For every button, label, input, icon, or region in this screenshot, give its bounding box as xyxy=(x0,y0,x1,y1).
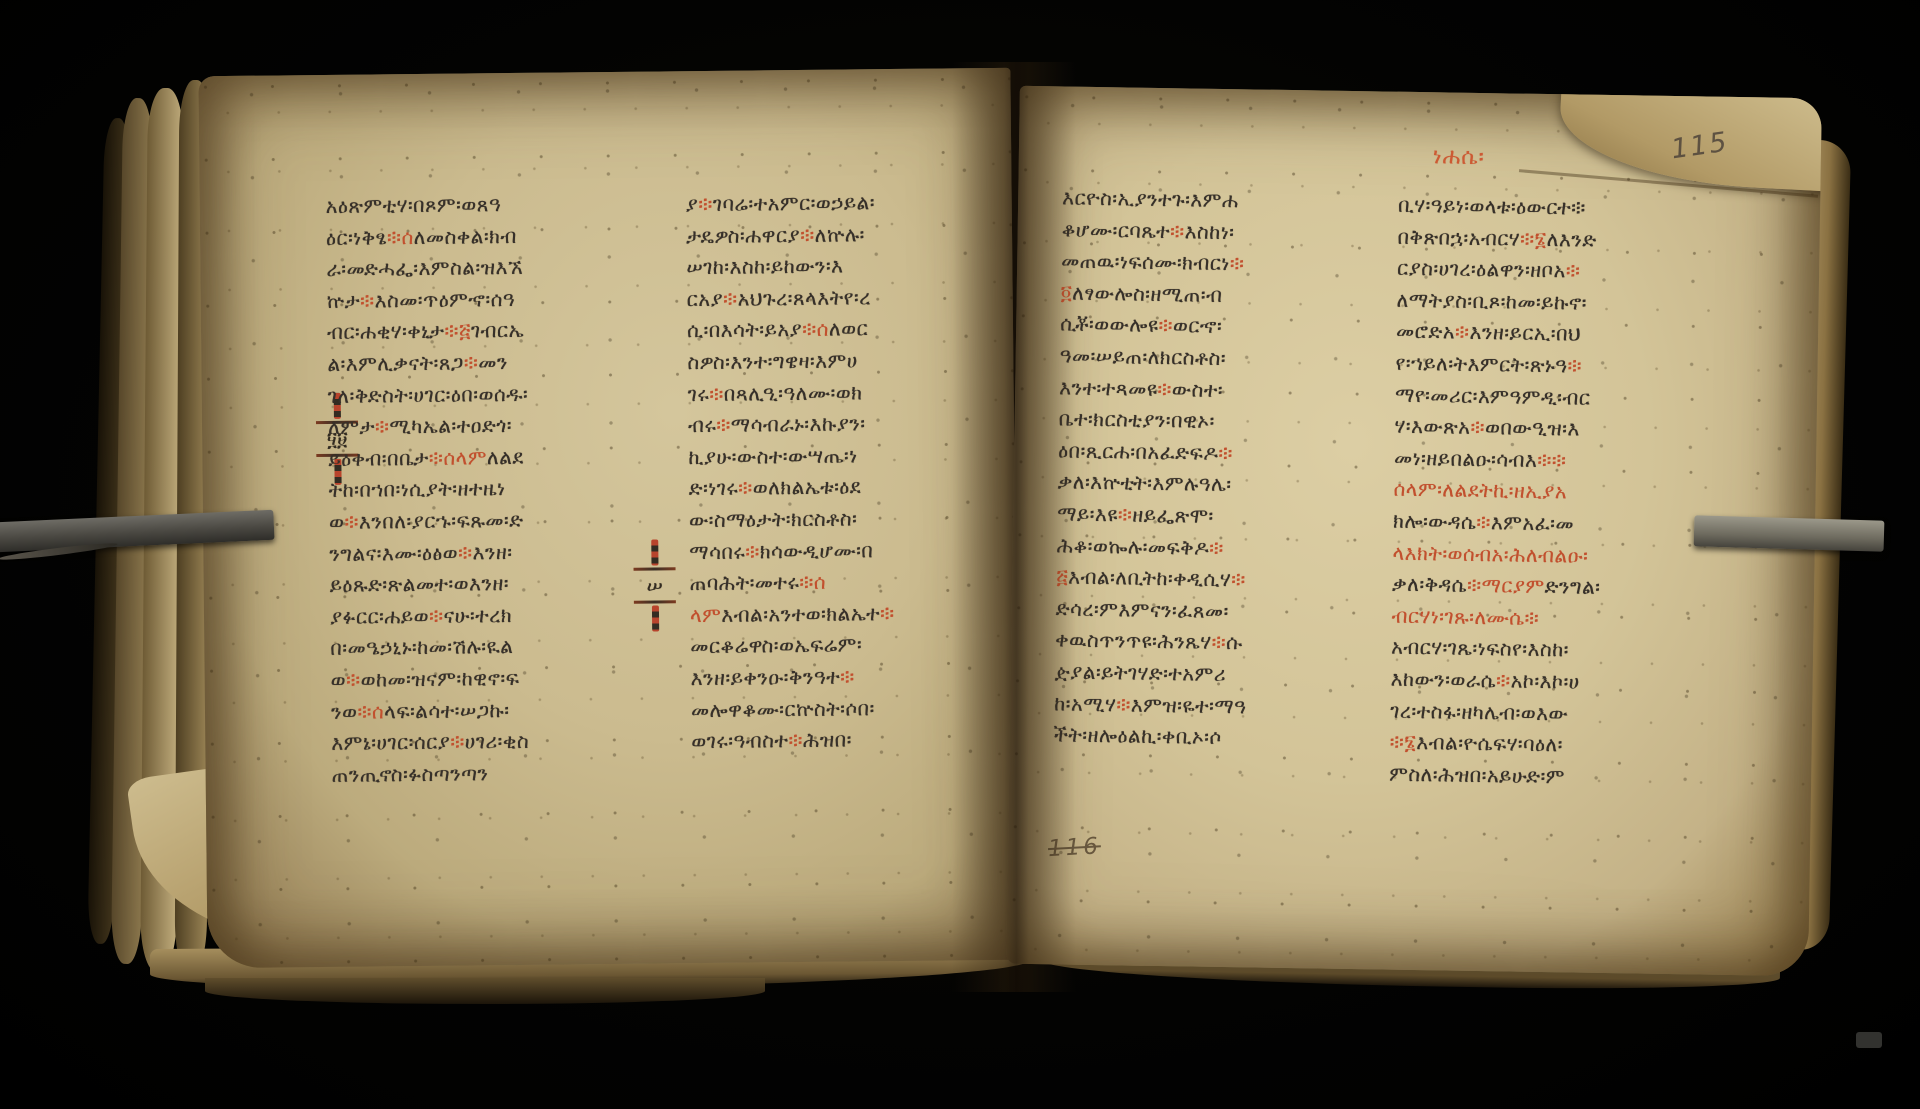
rubric-text: ፨ሰ xyxy=(802,317,829,341)
ink-text: ሃ፡እውጽአ xyxy=(1394,414,1470,439)
ink-text: ገብርኤ xyxy=(471,318,524,343)
rubric-text: ፨ xyxy=(375,414,390,438)
ink-text: ል፡እምሊቃናት፡ጸጋ xyxy=(327,350,464,375)
rubric-text: ላእክት፡ወሰብአ፡ሕለብልዑ፡ xyxy=(1392,540,1588,567)
ink-text: ገባሬ፡ተአምር፡ወኃይል፡ xyxy=(713,190,875,216)
ink-text: አዕጽምቲሃ፡በጾም፡ወጸዓ xyxy=(326,192,502,218)
ink-text: ማሳበሩ xyxy=(689,539,745,564)
text-column-right-2: ቢሃ፡ዓይነ፡ወላቱ፡ዕውርተ፨በቅጽበኋ፡አብርሃ፨፮ለእንድርያስ፡ሀገረ፡… xyxy=(1389,190,1607,793)
rubric-text: ፨ xyxy=(1230,251,1245,275)
rubric-text: ፨ xyxy=(1231,567,1246,591)
ink-text: ርያስ፡ሀገረ፡ዕልዋን፡ዘቦአ xyxy=(1397,256,1566,283)
text-line: ድ፡ነገሩ፨ወለክልኤቱ፡ዕደ xyxy=(689,471,894,505)
text-line: መነ፡ዘይበልዑ፡ሳብእ፨፨ xyxy=(1394,442,1603,477)
text-line: ወ፨ወከመ፡ዝናም፡ከዊኖ፡ፍ xyxy=(331,663,532,697)
text-line: ጠንጢኖስ፡ፉስጣንጣን xyxy=(332,758,533,792)
ink-text: ላፍ፡ልሳተ፡ሠጋኩ፡ xyxy=(384,698,510,723)
text-line: ንግልና፡እሙ፡ዕፅወ፨እንዘ፡ xyxy=(329,536,530,570)
text-line: አብርሃ፡ገጼ፡ነፍስየ፡እስከ፡ xyxy=(1391,632,1600,667)
rubric-text: ፨ xyxy=(788,728,803,752)
text-line: ለማትያስ፡ቢጾ፡ከመ፡ይኩኖ፡ xyxy=(1396,284,1605,319)
text-line: ፨፮እብል፡ዮሴፍሃ፡ባዕለ፡ xyxy=(1389,727,1598,762)
ink-text: ድ፡ነገሩ xyxy=(689,476,739,501)
ink-text: ወበውዒዝ፡እ xyxy=(1485,415,1580,440)
ink-text: ለወር xyxy=(829,317,868,341)
text-line: መጠዉ፡ነፍሰሙ፡ክብርነ፨ xyxy=(1061,246,1254,281)
text-line: ማሳበሩ፨ክሳውዲሆሙ፡በ xyxy=(689,535,894,569)
ink-text: እስከነ፡ xyxy=(1184,219,1234,244)
rubric-text: ፨ xyxy=(709,381,724,405)
ink-text: ጠንጢኖስ፡ፉስጣንጣን xyxy=(332,761,489,787)
ink-text: ወ xyxy=(331,668,347,692)
rubric-text: ፨ xyxy=(1218,441,1233,465)
rubric-text: ፨ xyxy=(344,510,359,534)
text-line: ክሎ፡ውዳሴ፨እምአፈ፡መ xyxy=(1393,506,1602,541)
ink-text: መነ፡ዘይበልዑ፡ሳብእ xyxy=(1394,445,1538,471)
rubric-text: ብርሃነ፡ገጹ፡ለሙሴ፨ xyxy=(1391,603,1539,629)
ornament-bar xyxy=(634,600,676,603)
ink-text: እብል፡አንተወ፡ክልኤተ xyxy=(721,601,880,627)
ink-text: እንዘ፡ xyxy=(472,540,512,564)
rubric-text: ፨፮ xyxy=(1520,226,1547,250)
text-line: ለምታ፨ሚካኤል፡ተዐድጎ፡ xyxy=(328,410,529,444)
text-line: ዕበ፡ጺርሐ፡በአፈድፍዶ፨ xyxy=(1058,435,1251,470)
text-line: ኵታ፨እስመ፡ጥዕምኆ፡ሰዓ xyxy=(327,284,528,318)
ink-text: አኮ፡እኮ፡ሀ xyxy=(1510,668,1579,693)
rubric-text: ፨፭ xyxy=(444,319,471,343)
ink-text: ማየ፡መሪር፡እምዓምዲ፡ብር xyxy=(1395,382,1591,409)
folio-annotation: 116 xyxy=(1047,833,1101,862)
rubric-text: ፨ xyxy=(800,222,815,246)
ink-text: ገረ፡ተስፋ፡ዘካሌብ፡ወእው xyxy=(1390,698,1568,725)
ink-text: እከውን፡ወራሴ xyxy=(1390,667,1496,693)
ink-text: ገሩ xyxy=(688,382,710,406)
rubric-text: ፨ xyxy=(464,350,479,374)
ink-text: በ፡መዔኃኒኑ፡ከመ፡ሽሉ፡ዪል xyxy=(330,634,513,660)
left-page: ፶፱ ሠ አዕጽምቲሃ፡በጾም፡ወጸዓዕር፡ነቅፄ፨ሰለመስቀል፡ክብራ፡መድሓ… xyxy=(198,68,1019,968)
rubric-text: ፨ xyxy=(1476,510,1491,534)
rubric-text: ፬ xyxy=(1061,280,1073,304)
ink-text: ውስተ፡ xyxy=(1172,377,1224,402)
ink-text: ጠባሕት፡መተሩ xyxy=(690,570,800,595)
ink-text: ዕር፡ነቅፄ xyxy=(326,225,387,250)
ink-text: እንተ፡ተጻመዩ xyxy=(1059,375,1158,401)
text-line: ጠባሕት፡መተሩ፨ሰ xyxy=(690,566,895,600)
ink-text: ቀዉስጥንጥዩ፡ሕንጼሃ xyxy=(1055,628,1212,654)
ornament-dashes xyxy=(651,605,658,631)
rubric-text: ፨ xyxy=(716,413,731,437)
ink-text: ሕቆ፡ወኰሉ፡መፍቅዶ xyxy=(1057,533,1210,559)
ink-text: ወከመ፡ዝናም፡ከዊኖ፡ፍ xyxy=(360,666,519,692)
ink-text: ድሳረ፡ምእምናን፡ፈጸመ፡ xyxy=(1056,596,1229,623)
text-line: ርአያ፨አህጉረ፡ጸላእትየ፡ረ xyxy=(687,282,892,316)
ink-text: ታዴዎስ፡ሐዋርያ xyxy=(686,223,800,248)
text-line: እንዘ፡ይቀንዑ፡ቅንዓተ፨ xyxy=(691,661,896,695)
ink-text: ቢሃ፡ዓይነ፡ወላቱ፡ዕውርተ፨ xyxy=(1398,193,1586,220)
ink-text: ይዕጹድ፡ጽልመተ፡ወእንዘ፡ xyxy=(330,571,510,597)
ink-text: መን xyxy=(478,350,508,374)
ink-text: ሚካኤል፡ተዐድጎ፡ xyxy=(389,413,512,438)
ink-text: ንግልና፡እሙ፡ዕፅወ xyxy=(329,540,458,565)
text-line: ላእክት፡ወሰብአ፡ሕለብልዑ፡ xyxy=(1392,537,1601,572)
rubric-text: ፨ xyxy=(745,539,760,563)
text-line: እከውን፡ወራሴ፨አኮ፡እኮ፡ሀ xyxy=(1390,664,1599,699)
rubric-text: ፨ xyxy=(723,286,738,310)
ink-text: ቤተ፡ክርስቲያን፡በዊኦ፡ xyxy=(1059,407,1215,433)
ink-text: ንወ xyxy=(331,699,358,723)
text-line: ማይ፡እዩ፨ዘይፌጽሞ፡ xyxy=(1057,498,1250,533)
rubric-text: ፨ xyxy=(1209,535,1224,559)
ink-text: እብል፡ዮሴፍሃ፡ባዕለ፡ xyxy=(1416,730,1563,756)
text-line: ቆሆሙ፡ርባጼተ፨እስከነ፡ xyxy=(1061,214,1254,249)
text-line: እንተ፡ተጻመዩ፨ውስተ፡ xyxy=(1059,372,1252,407)
text-line: ርያስ፡ሀገረ፡ዕልዋን፡ዘቦአ፨ xyxy=(1397,253,1606,288)
text-line: ሲ፡በእሳት፡ይአያ፨ሰለወር xyxy=(687,313,892,347)
text-line: ችት፡ዘሎዕልኪ፡ቀቢኦ፡ሶ xyxy=(1053,719,1246,754)
ink-text: ትከ፡በኀበ፡ነሲያት፡ዘተዜነ xyxy=(329,476,506,502)
ink-text: መጠዉ፡ነፍሰሙ፡ክብርነ xyxy=(1061,249,1230,276)
rubric-text: ፨ሰ xyxy=(799,570,826,594)
ink-text: ው፡ስማዕታት፡ክርስቶስ፡ xyxy=(689,506,857,532)
text-line: አዕጽምቲሃ፡በጾም፡ወጸዓ xyxy=(326,189,527,223)
ink-text: ወለክልኤቱ፡ዕደ xyxy=(753,475,862,500)
ink-text: አብርሃ፡ገጼ፡ነፍስየ፡እስከ፡ xyxy=(1391,635,1569,662)
ink-text: ለምታ xyxy=(328,415,375,439)
intercolumn-mark: ሠ xyxy=(632,572,678,598)
rubric-text: ፨ xyxy=(1118,502,1133,526)
text-line: ትከ፡በኀበ፡ነሲያት፡ዘተዜነ xyxy=(329,473,530,507)
text-line: ወ፨እንበለ፡ያርኁ፡ፍጹመ፡ድ xyxy=(329,505,530,539)
text-line: ሕቆ፡ወኰሉ፡መፍቅዶ፨ xyxy=(1056,530,1249,565)
text-line: ብሩ፨ማሳብራኑ፡እኩያን፡ xyxy=(688,408,893,442)
text-line: መሎዋቆሙ፡ርኵስት፡ሶበ፡ xyxy=(691,693,896,727)
text-line: ቤተ፡ክርስቲያን፡በዊኦ፡ xyxy=(1058,404,1251,439)
ink-text: ክሎ፡ውዳሴ xyxy=(1393,509,1477,534)
text-line: ሲቾ፡ወውሎዩ፨ወርኆ፡ xyxy=(1060,309,1253,344)
ink-text: እምኔ፡ሀገር፡ሰርያ xyxy=(331,730,450,755)
parchment-speckles xyxy=(198,68,1019,968)
ink-text: የ፡ኀይለ፡ትእምርት፡ጽኑዓ xyxy=(1395,351,1567,378)
ink-text: እርዮስ፡ኢያንተጉ፡እምሐ xyxy=(1062,185,1239,212)
text-line: ከ፡አሚሃ፨እምዝ፡ዬተ፡ማዓ xyxy=(1054,688,1247,723)
rubric-text: ፨ xyxy=(346,668,361,692)
rubric-text: ፨፮ xyxy=(1389,730,1416,754)
text-column-left-2: ያ፨ገባሬ፡ተአምር፡ወኃይል፡ታዴዎስ፡ሐዋርያ፨ለኵሉ፡ሠገከ፡እስከ፡ይከ… xyxy=(686,187,896,758)
text-line: የ፡ኀይለ፡ትእምርት፡ጽኑዓ፨ xyxy=(1395,348,1604,383)
ink-text: ክሳውዲሆሙ፡በ xyxy=(760,538,874,563)
ink-text: ምስለ፡ሕዝበ፡አይሁድ፡ም xyxy=(1389,761,1565,788)
ink-text: ለኵሉ፡ xyxy=(815,222,865,247)
ink-text: ድንግል፡ xyxy=(1544,574,1600,599)
rubric-text: ፨ xyxy=(1170,219,1185,243)
text-line: ወገሩ፡ዓብስተ፨ሕዝበ፡ xyxy=(691,724,896,758)
rubric-text: ፨ xyxy=(450,730,465,754)
ink-text: ይዕቀብ፡በቤታ xyxy=(328,446,429,471)
ink-text: ሲ፡በእሳት፡ይአያ xyxy=(687,317,802,342)
bottom-left-underleaf-shadow xyxy=(205,978,765,1004)
text-line: ሠገከ፡እስከ፡ይከውን፡እ xyxy=(686,250,891,284)
rubric-text: ፨ xyxy=(1158,313,1173,337)
rubric-text: ፨ xyxy=(1455,320,1470,344)
ink-text: ሠገከ፡እስከ፡ይከውን፡እ xyxy=(686,254,843,280)
ink-text: ለመስቀል፡ክብ xyxy=(414,224,517,249)
text-line: ገረ፡ተስፋ፡ዘካሌብ፡ወእው xyxy=(1390,695,1599,730)
rubric-text: ፨ xyxy=(1496,668,1511,692)
text-line: ል፡እምሊቃናት፡ጸጋ፨መን xyxy=(327,347,528,381)
ink-text: ርአያ xyxy=(687,287,724,311)
text-line: እምኔ፡ሀገር፡ሰርያ፨ሀገሪ፡ቂስ xyxy=(331,726,532,760)
text-line: በ፡መዔኃኒኑ፡ከመ፡ሽሉ፡ዪል xyxy=(330,631,531,665)
ink-text: ሀገሪ፡ቂስ xyxy=(465,729,530,754)
text-line: ዽያል፡ይትገሃድ፡ተአምሪ xyxy=(1054,656,1247,691)
rubric-text: ፨ xyxy=(738,476,753,500)
ink-text: ቃለ፡ቅዳሴ xyxy=(1392,572,1467,597)
text-line: ገሩ፨በጻሊዒ፡ዓለሙ፡ወክ xyxy=(688,377,893,411)
header-rubric: ነሐሴ፡ xyxy=(1433,144,1485,170)
ink-text: ስዎስ፡እንተ፡ግዌዛ፡እምሀ xyxy=(687,348,858,374)
text-line: ፭እብል፡ለቢትከ፡ቀዲሲሃ፨ xyxy=(1056,562,1249,597)
ink-text: እንበለ፡ያርኁ፡ፍጹመ፡ድ xyxy=(359,508,524,534)
text-line: ታዴዎስ፡ሐዋርያ፨ለኵሉ፡ xyxy=(686,219,891,253)
text-line: ራ፡መድሓፌ፡እምስል፡ዝእኧ xyxy=(326,252,527,286)
rubric-text: ፨ xyxy=(880,601,895,625)
rubric-text: ፨ xyxy=(1157,377,1172,401)
ink-text: ወርኆ፡ xyxy=(1173,314,1223,339)
ink-text: ማይ፡እዩ xyxy=(1057,501,1118,526)
ink-text: ሱ xyxy=(1226,630,1243,654)
ink-text: እንዘ፡ይርኢ፡በህ xyxy=(1469,320,1581,346)
text-line: ቢሃ፡ዓይነ፡ወላቱ፡ዕውርተ፨ xyxy=(1398,190,1607,225)
ink-text: ዕበ፡ጺርሐ፡በአፈድፍዶ xyxy=(1058,438,1219,465)
text-line: ኪያሁ፡ውስተ፡ውሣጤ፡ነ xyxy=(688,440,893,474)
text-line: ምስለ፡ሕዝበ፡አይሁድ፡ም xyxy=(1389,758,1598,793)
text-line: ዓመ፡ሠይጠ፡ለክርስቶስ፡ xyxy=(1059,340,1252,375)
ink-text: ቆሆሙ፡ርባጼተ xyxy=(1062,217,1171,243)
text-line: ንወ፨ሰላፍ፡ልሳተ፡ሠጋኩ፡ xyxy=(331,694,532,728)
rubric-text: ሰላም፡ለልደትኪ፡ዘኢያአ xyxy=(1393,477,1567,504)
ink-text: ወ xyxy=(329,510,345,534)
text-line: ቀዉስጥንጥዩ፡ሕንጼሃ፨ሱ xyxy=(1055,625,1248,660)
text-line: ሰላም፡ለልደትኪ፡ዘኢያአ xyxy=(1393,474,1602,509)
text-line: ቃለ፡ቅዳሴ፨ማርያምድንግል፡ xyxy=(1392,569,1601,604)
rubric-text: ፨ሰ xyxy=(387,225,414,249)
ink-text: ወገሩ፡ዓብስተ xyxy=(691,728,788,753)
text-line: ላምእብል፡አንተወ፡ክልኤተ፨ xyxy=(690,598,895,632)
text-line: ስዎስ፡እንተ፡ግዌዛ፡እምሀ xyxy=(687,345,892,379)
rubric-text: ፨ xyxy=(698,192,713,216)
text-line: በቅጽበኋ፡አብርሃ፨፮ለእንድ xyxy=(1397,221,1606,256)
ink-text: ኵታ xyxy=(327,288,361,312)
ink-text: ከ፡አሚሃ xyxy=(1054,691,1116,716)
ink-text: ዘይፌጽሞ፡ xyxy=(1132,503,1214,528)
text-line: እርዮስ፡ኢያንተጉ፡እምሐ xyxy=(1062,182,1255,217)
rubric-text: ፨ xyxy=(360,288,375,312)
ink-text: በጻሊዒ፡ዓለሙ፡ወክ xyxy=(724,380,863,405)
ink-text: ማሳብራኑ፡እኩያን፡ xyxy=(731,411,866,436)
ink-text: ብሩ xyxy=(688,413,717,437)
ornament-bar xyxy=(634,567,676,570)
rubric-text: ላም xyxy=(690,603,722,627)
text-line: ይዕጹድ፡ጽልመተ፡ወእንዘ፡ xyxy=(330,568,531,602)
text-line: ዕር፡ነቅፄ፨ሰለመስቀል፡ክብ xyxy=(326,220,527,254)
ink-text: ያፉርር፡ሐይወ xyxy=(330,604,429,629)
rubric-text: ፨ማርያም xyxy=(1467,573,1545,598)
ink-text: ለፃውሎስ፡ዘሚጠ፡ብ xyxy=(1072,280,1223,306)
ink-text: እንዘ፡ይቀንዑ፡ቅንዓተ xyxy=(691,664,841,690)
text-column-left-1: አዕጽምቲሃ፡በጾም፡ወጸዓዕር፡ነቅፄ፨ሰለመስቀል፡ክብራ፡መድሓፌ፡እምስ… xyxy=(326,189,533,791)
ink-text: ያ xyxy=(686,192,699,216)
rubric-text: ፨፨ xyxy=(1537,448,1566,472)
text-line: ያፉርር፡ሐይወ፨ናሁ፡ተረክ xyxy=(330,600,531,634)
text-line: ብርሃነ፡ገጹ፡ለሙሴ፨ xyxy=(1391,600,1600,635)
text-line: ፬ለፃውሎስ፡ዘሚጠ፡ብ xyxy=(1060,277,1253,312)
text-line: ማየ፡መሪር፡እምዓምዲ፡ብር xyxy=(1395,379,1604,414)
intercolumn-ornament: ሠ xyxy=(631,539,678,631)
ink-text: ለልደ xyxy=(487,445,524,469)
manuscript-photograph: ፶፱ ሠ አዕጽምቲሃ፡በጾም፡ወጸዓዕር፡ነቅፄ፨ሰለመስቀል፡ክብራ፡መድሓ… xyxy=(0,0,1920,1109)
text-line: ድሳረ፡ምእምናን፡ፈጸመ፡ xyxy=(1055,593,1248,628)
ink-text: ብር፡ሐቂሃ፡ቀኒታ xyxy=(327,319,445,344)
text-line: ሃ፡እውጽአ፨ወበውዒዝ፡እ xyxy=(1394,411,1603,446)
rubric-text: ፨ xyxy=(1116,692,1131,716)
rubric-text: ፨ xyxy=(1470,415,1485,439)
text-line: ያ፨ገባሬ፡ተአምር፡ወኃይል፡ xyxy=(686,187,891,221)
ink-text: ኪያሁ፡ውስተ፡ውሣጤ፡ነ xyxy=(688,443,857,469)
ink-text: ሕዝበ፡ xyxy=(803,728,852,753)
ink-text: ለእንድ xyxy=(1547,227,1597,252)
ink-text: ዽያል፡ይትገሃድ፡ተአምሪ xyxy=(1055,659,1227,686)
ink-text: ቃለ፡እኵቲት፡እምሉዓሌ፡ xyxy=(1058,470,1232,497)
ink-text: አህጉረ፡ጸላእትየ፡ረ xyxy=(738,285,871,310)
rubric-text: ፨ሰ xyxy=(357,699,384,723)
ink-text: ራ፡መድሓፌ፡እምስል፡ዝእኧ xyxy=(326,255,523,281)
ink-text: ችት፡ዘሎዕልኪ፡ቀቢኦ፡ሶ xyxy=(1054,722,1222,749)
ornament-dashes xyxy=(651,539,658,565)
ink-text: መሮድአ xyxy=(1396,319,1455,344)
rubric-text: ፭ xyxy=(1056,565,1068,589)
ink-text: እምአፈ፡መ xyxy=(1491,510,1574,535)
rubric-text: ፨ xyxy=(429,603,444,627)
text-line: ቃለ፡እኵቲት፡እምሉዓሌ፡ xyxy=(1057,467,1250,502)
text-line: መርቆሬዋስ፡ወኤፍሬም፡ xyxy=(690,629,895,663)
ink-text: እስመ፡ጥዕምኆ፡ሰዓ xyxy=(375,287,516,312)
ink-text: ናሁ፡ተረክ xyxy=(443,603,512,628)
text-line: ው፡ስማዕታት፡ክርስቶስ፡ xyxy=(689,503,894,537)
ink-text: ዓመ፡ሠይጠ፡ለክርስቶስ፡ xyxy=(1060,343,1227,370)
ink-text: ሲቾ፡ወውሎዩ xyxy=(1060,312,1159,338)
text-line: መሮድአ፨እንዘ፡ይርኢ፡በህ xyxy=(1396,316,1605,351)
rubric-text: ፨ xyxy=(458,540,473,564)
ink-text: መርቆሬዋስ፡ወኤፍሬም፡ xyxy=(690,633,862,659)
rubric-text: ፨ xyxy=(1567,353,1582,377)
ink-text: መሎዋቆሙ፡ርኵስት፡ሶበ፡ xyxy=(691,696,875,722)
rubric-text: ፨ xyxy=(1211,630,1226,654)
text-line: ይዕቀብ፡በቤታ፨ሰላምለልደ xyxy=(328,442,529,476)
ink-text: ለማትያስ፡ቢጾ፡ከመ፡ይኩኖ፡ xyxy=(1396,287,1587,314)
text-line: ብር፡ሐቂሃ፡ቀኒታ፨፭ገብርኤ xyxy=(327,315,528,349)
ink-text: እብል፡ለቢትከ፡ቀዲሲሃ xyxy=(1068,565,1231,592)
ink-text: ገለ፡ቅድስት፡ሀገር፡ዕበ፡ወሰዱ፡ xyxy=(328,381,529,407)
rubric-text: ፨ሰላም xyxy=(429,445,487,470)
rubric-text: ፨ xyxy=(1566,259,1581,283)
right-metal-clamp xyxy=(1694,515,1885,551)
rubric-text: ፨ xyxy=(840,664,855,688)
background-smudge xyxy=(1856,1032,1882,1048)
text-line: ገለ፡ቅድስት፡ሀገር፡ዕበ፡ወሰዱ፡ xyxy=(328,378,529,412)
text-column-right-1: እርዮስ፡ኢያንተጉ፡እምሐቆሆሙ፡ርባጼተ፨እስከነ፡መጠዉ፡ነፍሰሙ፡ክብር… xyxy=(1053,182,1254,754)
ink-text: እምዝ፡ዬተ፡ማዓ xyxy=(1131,692,1247,718)
ink-text: በቅጽበኋ፡አብርሃ xyxy=(1397,224,1520,250)
